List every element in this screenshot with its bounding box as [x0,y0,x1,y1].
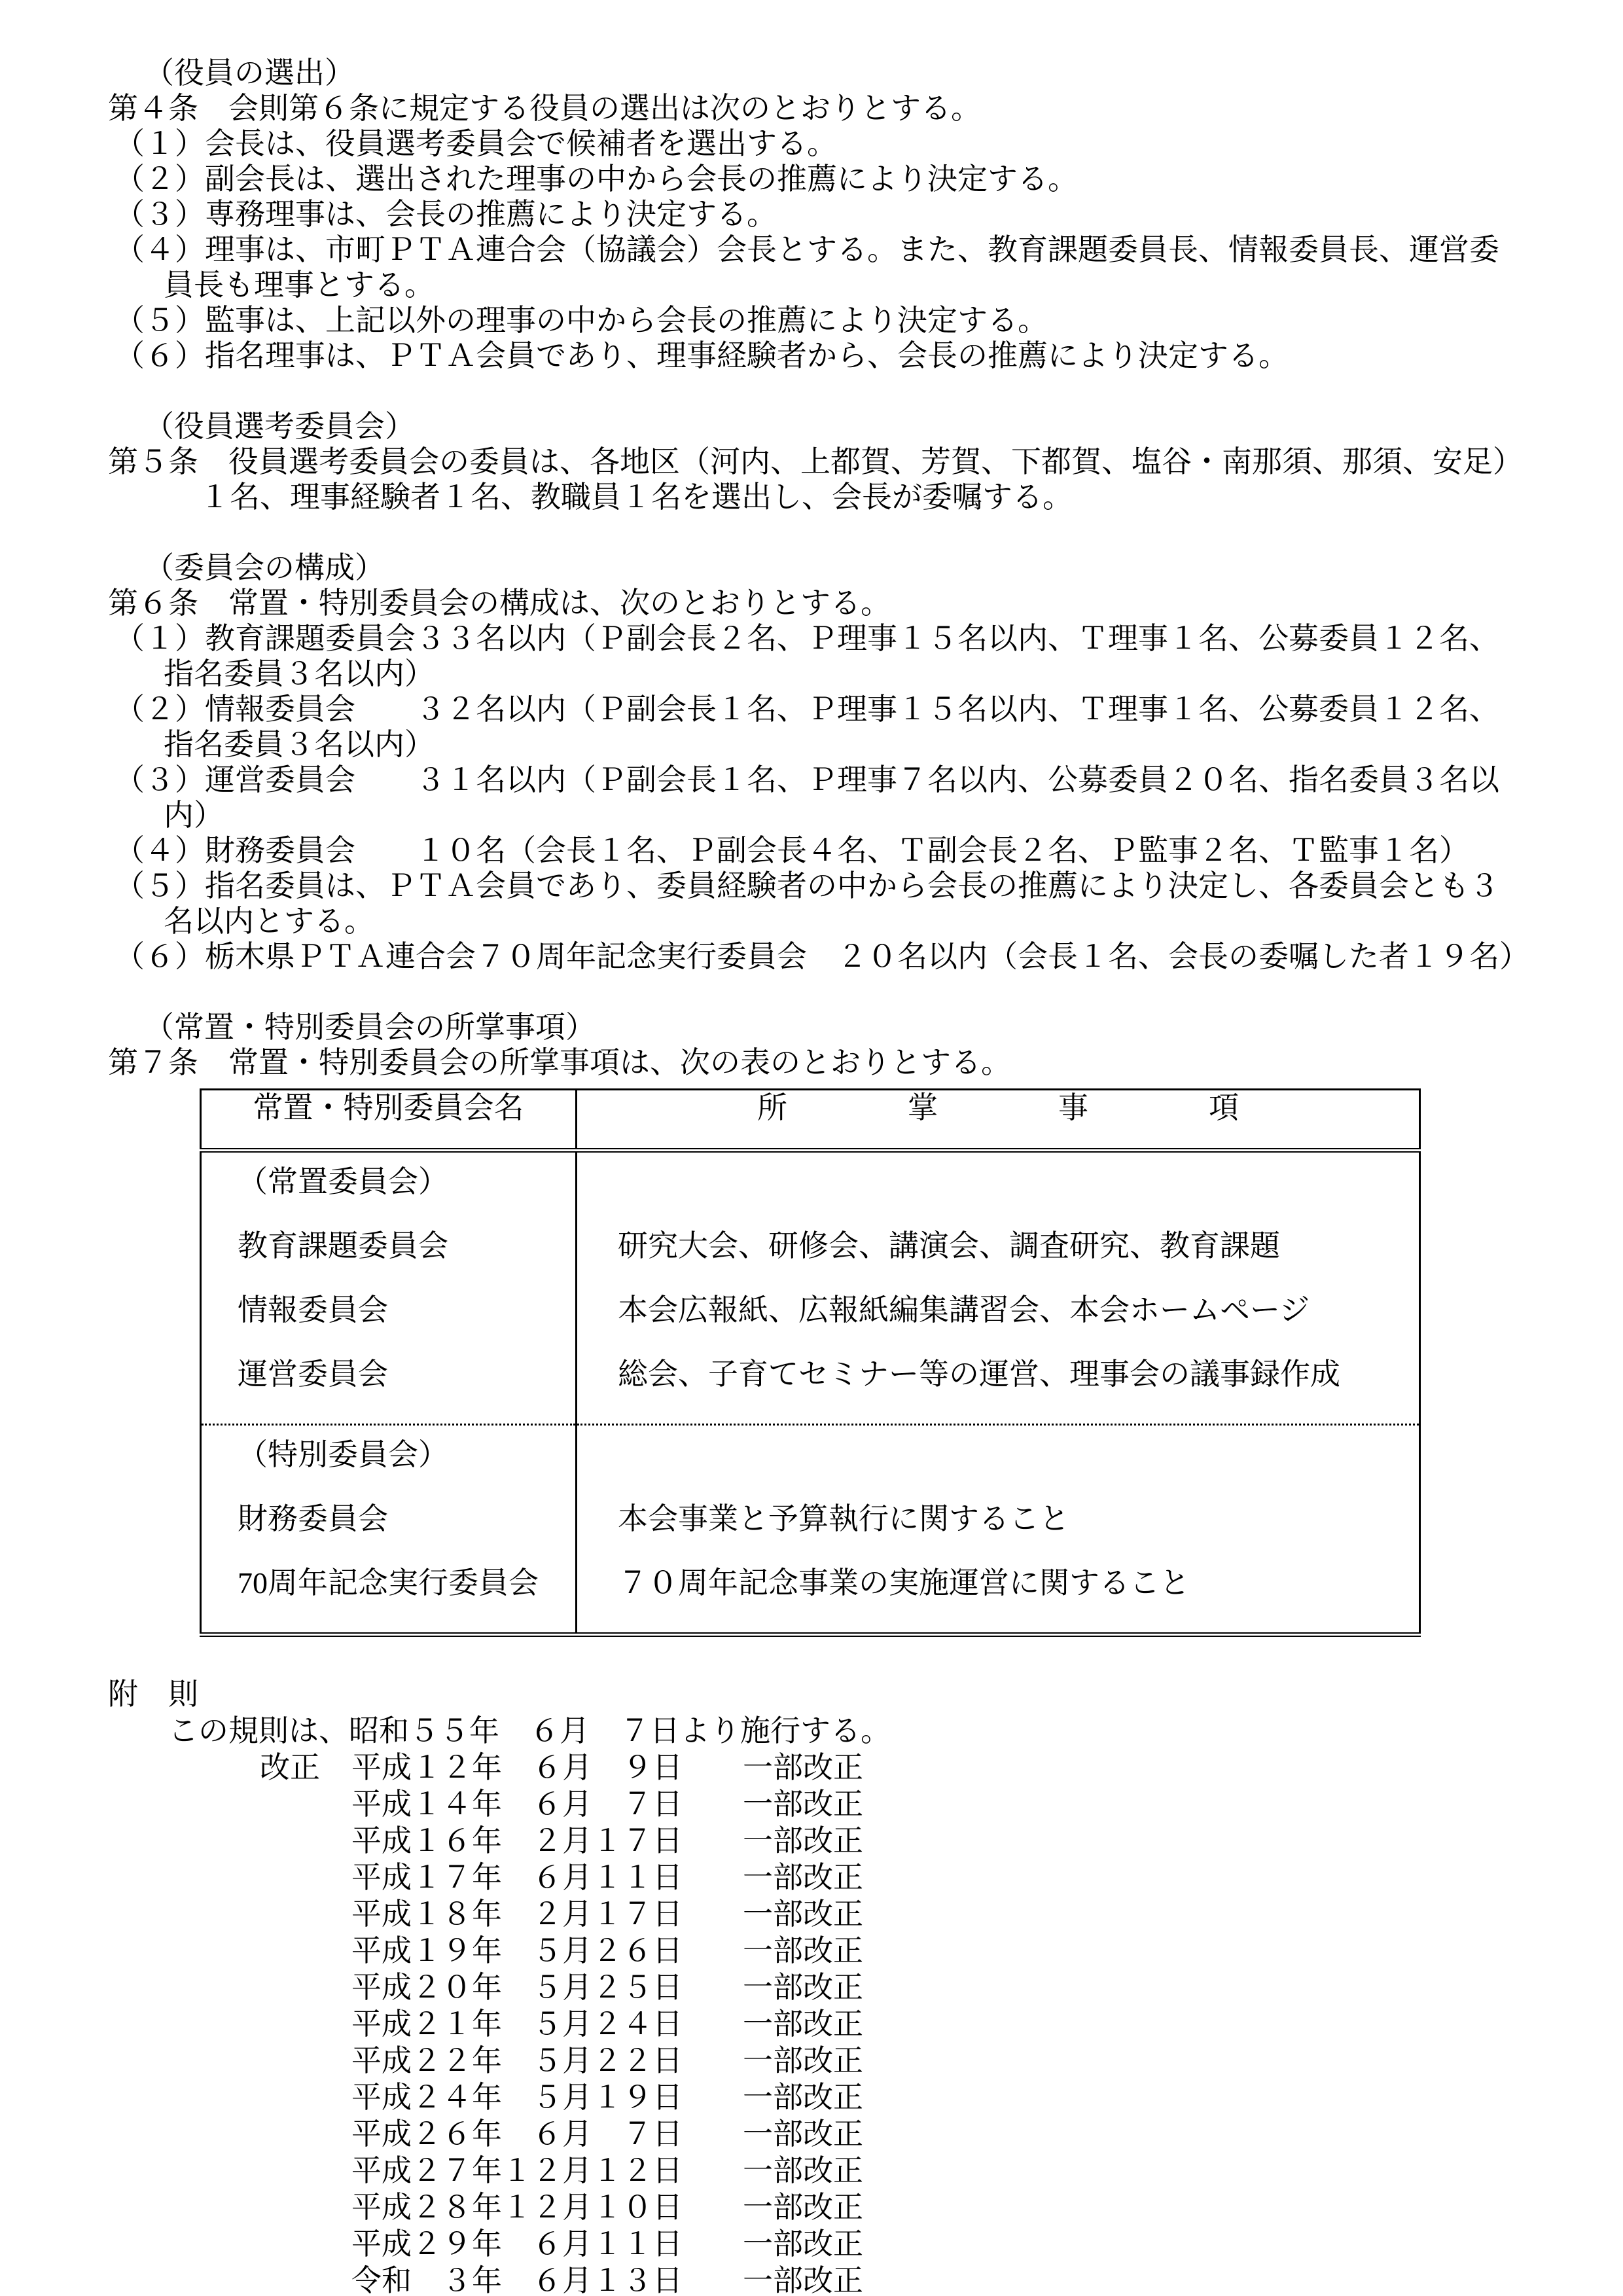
committee-duties-cell: 研究大会、研修会、講演会、調査研究、教育課題 [577,1200,1420,1264]
amendment-row: 平成１６年 ２月１７日 一部改正 [260,1823,1525,1859]
item-line: （４）財務委員会 １０名（会長１名、Ｐ副会長４名、Ｔ副会長２名、Ｐ監事２名、Ｔ監… [115,833,1525,869]
committee-name-cell: 運営委員会 [201,1328,577,1425]
item-line: （３）運営委員会 ３１名以内（Ｐ副会長１名、Ｐ理事７名以内、公募委員２０名、指名… [115,762,1525,798]
amendment-row: 平成２４年 ５月１９日 一部改正 [260,2079,1525,2116]
amendment-row: 平成２６年 ６月 ７日 一部改正 [260,2116,1525,2153]
article-6-line: 第６条 常置・特別委員会の構成は、次のとおりとする。 [108,586,1525,621]
continuation-line: 内） [164,798,1525,833]
item-line: （６）指名理事は、ＰＴＡ会員であり、理事経験者から、会長の推薦により決定する。 [115,338,1525,374]
section-heading-committee-composition: （委員会の構成） [144,550,1525,586]
item-line: （１）教育課題委員会３３名以内（Ｐ副会長２名、Ｐ理事１５名以内、Ｔ理事１名、公募… [115,621,1525,656]
amendment-row: 平成２８年１２月１０日 一部改正 [260,2189,1525,2226]
committee-name-header: 常置・特別委員会名 [201,1090,577,1151]
special-committees-label: （特別委員会） [201,1425,577,1473]
amendment-row: 改正平成１２年 ６月 ９日 一部改正 [260,1749,1525,1786]
committee-duties-cell: 総会、子育てセミナー等の運営、理事会の議事録作成 [577,1328,1420,1425]
committee-name-cell: 情報委員会 [201,1264,577,1328]
committee-duties-cell: ７０周年記念事業の実施運営に関すること [577,1537,1420,1635]
amendment-row: 平成２７年１２月１２日 一部改正 [260,2153,1525,2189]
section-heading-committee-duties: （常置・特別委員会の所掌事項） [144,1010,1525,1045]
item-line: （５）指名委員は、ＰＴＡ会員であり、委員経験者の中から会長の推薦により決定し、各… [115,869,1525,904]
continuation-line: 名以内とする。 [164,904,1525,939]
amendment-line: 令和 ３年 ６月１３日 一部改正 [351,2264,863,2296]
amendment-line: 平成１６年 ２月１７日 一部改正 [351,1824,863,1857]
duties-header: 所 掌 事 項 [577,1090,1420,1151]
item-line: （４）理事は、市町ＰＴＡ連合会（協議会）会長とする。また、教育課題委員長、情報委… [115,232,1525,268]
amendment-row: 平成２１年 ５月２４日 一部改正 [260,2006,1525,2043]
document-page: （役員の選出） 第４条 会則第６条に規定する役員の選出は次のとおりとする。 （１… [0,0,1623,2296]
committee-name-cell: 70周年記念実行委員会 [201,1537,577,1635]
article-5-line: 第５条 役員選考委員会の委員は、各地区（河内、上都賀、芳賀、下都賀、塩谷・南那須… [108,444,1525,480]
amendment-line: 平成２０年 ５月２５日 一部改正 [351,1971,863,2004]
committee-name-cell: 財務委員会 [201,1473,577,1537]
table-row: 教育課題委員会 研究大会、研修会、講演会、調査研究、教育課題 [201,1200,1420,1264]
committees-table: 常置・特別委員会名 所 掌 事 項 （常置委員会） 教育課題委員会 研究大会、研… [200,1088,1421,1637]
amendment-row: 平成１８年 ２月１７日 一部改正 [260,1896,1525,1933]
amendment-line: 平成２２年 ５月２２日 一部改正 [351,2044,863,2077]
amendment-line: 平成２１年 ５月２４日 一部改正 [351,2007,863,2041]
item-line: （３）専務理事は、会長の推薦により決定する。 [115,197,1525,232]
table-row: 財務委員会 本会事業と予算執行に関すること [201,1473,1420,1537]
article-4-line: 第４条 会則第６条に規定する役員の選出は次のとおりとする。 [108,91,1525,126]
table-row: 70周年記念実行委員会 ７０周年記念事業の実施運営に関すること [201,1537,1420,1635]
empty-cell [577,1151,1420,1200]
section-heading-officers-election: （役員の選出） [144,56,1525,91]
amendment-row: 平成１７年 ６月１１日 一部改正 [260,1859,1525,1896]
empty-cell [577,1425,1420,1473]
committee-name-cell: 教育課題委員会 [201,1200,577,1264]
amendment-line: 平成１７年 ６月１１日 一部改正 [351,1861,863,1894]
item-line: （２）情報委員会 ３２名以内（Ｐ副会長１名、Ｐ理事１５名以内、Ｔ理事１名、公募委… [115,692,1525,727]
section-gap [108,374,1525,409]
amendment-line: 平成１８年 ２月１７日 一部改正 [351,1897,863,1931]
continuation-line: 指名委員３名以内） [164,727,1525,762]
amendment-row: 平成２９年 ６月１１日 一部改正 [260,2226,1525,2263]
amendment-row: 平成１９年 ５月２６日 一部改正 [260,1933,1525,1969]
amendment-line: 平成２４年 ５月１９日 一部改正 [351,2081,863,2114]
item-line: （６）栃木県ＰＴＡ連合会７０周年記念実行委員会 ２０名以内（会長１名、会長の委嘱… [115,939,1525,975]
amendment-row: 平成２０年 ５月２５日 一部改正 [260,1969,1525,2006]
amendment-line: 平成１４年 ６月 ７日 一部改正 [351,1787,863,1821]
amendment-row: 平成２２年 ５月２２日 一部改正 [260,2043,1525,2079]
article-7-line: 第７条 常置・特別委員会の所掌事項は、次の表のとおりとする。 [108,1045,1525,1081]
section-gap [108,515,1525,550]
committee-duties-cell: 本会広報紙、広報紙編集講習会、本会ホームページ [577,1264,1420,1328]
supplementary-provisions: 附 則 この規則は、昭和５５年 ６月 ７日より施行する。 改正平成１２年 ６月 … [108,1676,1525,2296]
table-row: 情報委員会 本会広報紙、広報紙編集講習会、本会ホームページ [201,1264,1420,1328]
supplement-title: 附 則 [108,1676,1525,1713]
item-line: （５）監事は、上記以外の理事の中から会長の推薦により決定する。 [115,303,1525,338]
amendment-row: 平成１４年 ６月 ７日 一部改正 [260,1786,1525,1823]
amendment-line: 平成１９年 ５月２６日 一部改正 [351,1934,863,1967]
table-row: （常置委員会） [201,1151,1420,1200]
table-row: （特別委員会） [201,1425,1420,1473]
standing-committees-label: （常置委員会） [201,1151,577,1200]
continuation-line: １名、理事経験者１名、教職員１名を選出し、会長が委嘱する。 [200,480,1525,515]
revision-label: 改正 [260,1749,351,1786]
amendment-row: 令和 ３年 ６月１３日 一部改正 [260,2263,1525,2296]
amendment-line: 平成１２年 ６月 ９日 一部改正 [351,1751,863,1784]
committee-duties-cell: 本会事業と予算執行に関すること [577,1473,1420,1537]
table-header-row: 常置・特別委員会名 所 掌 事 項 [201,1090,1420,1151]
continuation-line: 員長も理事とする。 [164,268,1525,303]
section-heading-selection-committee: （役員選考委員会） [144,409,1525,444]
item-line: （１）会長は、役員選考委員会で候補者を選出する。 [115,126,1525,162]
amendment-line: 平成２７年１２月１２日 一部改正 [351,2154,863,2187]
section-gap [108,975,1525,1010]
enactment-line: この規則は、昭和５５年 ６月 ７日より施行する。 [168,1713,1525,1749]
amendment-line: 平成２６年 ６月 ７日 一部改正 [351,2117,863,2151]
item-line: （２）副会長は、選出された理事の中から会長の推薦により決定する。 [115,162,1525,197]
amendment-line: 平成２９年 ６月１１日 一部改正 [351,2227,863,2261]
table-row: 運営委員会 総会、子育てセミナー等の運営、理事会の議事録作成 [201,1328,1420,1425]
amendment-line: 平成２８年１２月１０日 一部改正 [351,2191,863,2224]
continuation-line: 指名委員３名以内） [164,656,1525,692]
